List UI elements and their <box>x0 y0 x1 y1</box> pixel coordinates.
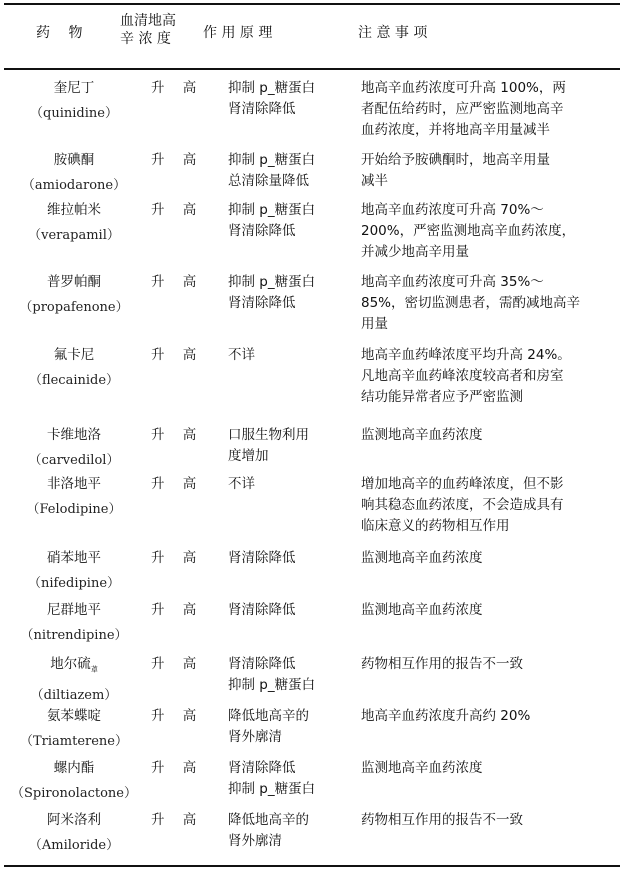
mechanism-cell: 肾清除降低 <box>228 548 353 569</box>
mechanism-line: 总清除量降低 <box>228 171 353 192</box>
drug-name-cn: 尼群地平 <box>0 600 148 621</box>
serum-level-cell: 升 高 <box>151 810 211 831</box>
mechanism-line: 降低地高辛的 <box>228 706 353 727</box>
notes-cell: 地高辛血药浓度可升高 70%～200%，严密监测地高辛血药浓度，并减少地高辛用量 <box>361 200 619 263</box>
mechanism-cell: 不详 <box>228 345 353 366</box>
drug-name-cn: 氨苯蝶啶 <box>0 706 148 727</box>
serum-level-cell: 升 高 <box>151 758 211 779</box>
mechanism-line: 肾清除降低 <box>228 758 353 779</box>
mechanism-line: 肾清除降低 <box>228 99 353 120</box>
mechanism-cell: 抑制 p_糖蛋白肾清除降低 <box>228 272 353 314</box>
notes-cell: 监测地高辛血药浓度 <box>361 548 619 569</box>
top-rule <box>4 3 620 5</box>
mechanism-line: 肾清除降低 <box>228 654 353 675</box>
serum-level-cell: 升 高 <box>151 78 211 99</box>
notes-line: 临床意义的药物相互作用 <box>361 516 619 537</box>
mechanism-line: 抑制 p_糖蛋白 <box>228 150 353 171</box>
notes-cell: 药物相互作用的报告不一致 <box>361 810 619 831</box>
drug-name-cn: 氟卡尼 <box>0 345 148 366</box>
mechanism-line: 抑制 p_糖蛋白 <box>228 78 353 99</box>
mechanism-cell: 抑制 p_糖蛋白肾清除降低 <box>228 78 353 120</box>
serum-level-cell: 升 高 <box>151 345 211 366</box>
mechanism-line: 肾清除降低 <box>228 600 353 621</box>
notes-line: 血药浓度，并将地高辛用量减半 <box>361 120 619 141</box>
drug-name-cn-text: 阿米洛利 <box>47 812 101 828</box>
drug-cell: 胺碘酮（amiodarone） <box>0 150 148 196</box>
serum-level-cell: 升 高 <box>151 600 211 621</box>
serum-level-cell: 升 高 <box>151 425 211 446</box>
mechanism-line: 不详 <box>228 345 353 366</box>
drug-cell: 螺内酯（Spironolactone） <box>0 758 148 804</box>
drug-name-en: （diltiazem） <box>0 685 148 706</box>
notes-cell: 监测地高辛血药浓度 <box>361 425 619 446</box>
notes-line: 减半 <box>361 171 619 192</box>
mechanism-cell: 不详 <box>228 474 353 495</box>
mechanism-cell: 抑制 p_糖蛋白肾清除降低 <box>228 200 353 242</box>
serum-level-cell: 升 高 <box>151 706 211 727</box>
mechanism-line: 抑制 p_糖蛋白 <box>228 779 353 800</box>
drug-name-cn-text: 氟卡尼 <box>54 347 95 363</box>
drug-cell: 非洛地平（Felodipine） <box>0 474 148 520</box>
drug-name-cn-text: 硝苯地平 <box>47 550 101 566</box>
drug-cell: 奎尼丁（quinidine） <box>0 78 148 124</box>
drug-name-en: （nitrendipine） <box>0 625 148 646</box>
mechanism-cell: 肾清除降低 <box>228 600 353 621</box>
header-drug: 药 物 <box>36 22 82 42</box>
drug-name-en: （flecainide） <box>0 370 148 391</box>
drug-name-cn-text: 尼群地平 <box>47 602 101 618</box>
drug-cell: 尼群地平（nitrendipine） <box>0 600 148 646</box>
mechanism-line: 抑制 p_糖蛋白 <box>228 675 353 696</box>
drug-name-cn-text: 螺内酯 <box>54 760 95 776</box>
notes-line: 200%，严密监测地高辛血药浓度， <box>361 221 619 242</box>
notes-line: 地高辛血药浓度可升高 35%～ <box>361 272 619 293</box>
notes-line: 凡地高辛血药峰浓度较高者和房室 <box>361 366 619 387</box>
mechanism-cell: 口服生物利用度增加 <box>228 425 353 467</box>
header-mechanism: 作 用 原 理 <box>203 22 272 42</box>
mechanism-line: 口服生物利用 <box>228 425 353 446</box>
serum-level-cell: 升 高 <box>151 548 211 569</box>
drug-name-cn-subscript: 䓬 <box>91 666 98 674</box>
notes-cell: 地高辛血药浓度升高约 20% <box>361 706 619 727</box>
notes-cell: 开始给予胺碘酮时，地高辛用量减半 <box>361 150 619 192</box>
mechanism-line: 肾清除降低 <box>228 293 353 314</box>
notes-line: 并减少地高辛用量 <box>361 242 619 263</box>
drug-name-cn-text: 非洛地平 <box>47 476 101 492</box>
drug-name-en: （propafenone） <box>0 297 148 318</box>
drug-name-cn-text: 胺碘酮 <box>54 152 95 168</box>
drug-cell: 阿米洛利（Amiloride） <box>0 810 148 856</box>
mechanism-line: 度增加 <box>228 446 353 467</box>
notes-line: 监测地高辛血药浓度 <box>361 425 619 446</box>
mechanism-line: 降低地高辛的 <box>228 810 353 831</box>
mechanism-line: 抑制 p_糖蛋白 <box>228 200 353 221</box>
bottom-rule <box>4 865 620 867</box>
drug-name-cn: 胺碘酮 <box>0 150 148 171</box>
drug-name-cn: 阿米洛利 <box>0 810 148 831</box>
drug-cell: 氨苯蝶啶（Triamterene） <box>0 706 148 752</box>
notes-line: 响其稳态血药浓度，不会造成具有 <box>361 495 619 516</box>
mechanism-cell: 肾清除降低抑制 p_糖蛋白 <box>228 758 353 800</box>
notes-cell: 监测地高辛血药浓度 <box>361 600 619 621</box>
drug-name-cn: 普罗帕酮 <box>0 272 148 293</box>
drug-name-en: （amiodarone） <box>0 175 148 196</box>
notes-cell: 地高辛血药峰浓度平均升高 24%。凡地高辛血药峰浓度较高者和房室结功能异常者应予… <box>361 345 619 408</box>
drug-cell: 卡维地洛（carvedilol） <box>0 425 148 471</box>
drug-name-en: （verapamil） <box>0 225 148 246</box>
notes-cell: 地高辛血药浓度可升高 100%，两者配伍给药时，应严密监测地高辛血药浓度，并将地… <box>361 78 619 141</box>
drug-name-cn: 非洛地平 <box>0 474 148 495</box>
mechanism-cell: 降低地高辛的肾外廓清 <box>228 706 353 748</box>
serum-level-cell: 升 高 <box>151 654 211 675</box>
header-rule <box>4 68 620 70</box>
notes-line: 结功能异常者应予严密监测 <box>361 387 619 408</box>
notes-cell: 地高辛血药浓度可升高 35%～85%，密切监测患者，需酌减地高辛用量 <box>361 272 619 335</box>
drug-name-en: （carvedilol） <box>0 450 148 471</box>
header-level-line1: 血清地高 <box>120 12 176 30</box>
drug-name-en: （Spironolactone） <box>0 783 148 804</box>
notes-line: 药物相互作用的报告不一致 <box>361 654 619 675</box>
notes-cell: 药物相互作用的报告不一致 <box>361 654 619 675</box>
drug-name-cn: 地尔硫䓬 <box>0 654 148 681</box>
notes-line: 用量 <box>361 314 619 335</box>
drug-name-cn-text: 卡维地洛 <box>47 427 101 443</box>
notes-line: 地高辛血药浓度可升高 70%～ <box>361 200 619 221</box>
drug-name-en: （Triamterene） <box>0 731 148 752</box>
notes-cell: 监测地高辛血药浓度 <box>361 758 619 779</box>
notes-line: 地高辛血药峰浓度平均升高 24%。 <box>361 345 619 366</box>
header-notes: 注 意 事 项 <box>358 22 427 42</box>
drug-cell: 氟卡尼（flecainide） <box>0 345 148 391</box>
serum-level-cell: 升 高 <box>151 474 211 495</box>
notes-line: 监测地高辛血药浓度 <box>361 548 619 569</box>
drug-name-cn-text: 奎尼丁 <box>54 80 95 96</box>
notes-line: 者配伍给药时，应严密监测地高辛 <box>361 99 619 120</box>
drug-name-cn: 螺内酯 <box>0 758 148 779</box>
notes-line: 药物相互作用的报告不一致 <box>361 810 619 831</box>
drug-name-cn: 硝苯地平 <box>0 548 148 569</box>
mechanism-line: 抑制 p_糖蛋白 <box>228 272 353 293</box>
mechanism-cell: 肾清除降低抑制 p_糖蛋白 <box>228 654 353 696</box>
notes-line: 85%，密切监测患者，需酌减地高辛 <box>361 293 619 314</box>
notes-line: 监测地高辛血药浓度 <box>361 600 619 621</box>
notes-line: 地高辛血药浓度可升高 100%，两 <box>361 78 619 99</box>
mechanism-line: 不详 <box>228 474 353 495</box>
header-serum-digoxin-level: 血清地高 辛 浓 度 <box>120 12 176 48</box>
notes-line: 开始给予胺碘酮时，地高辛用量 <box>361 150 619 171</box>
drug-name-cn-text: 维拉帕米 <box>47 202 101 218</box>
drug-cell: 维拉帕米（verapamil） <box>0 200 148 246</box>
mechanism-line: 肾清除降低 <box>228 548 353 569</box>
mechanism-cell: 降低地高辛的肾外廓清 <box>228 810 353 852</box>
drug-name-cn: 维拉帕米 <box>0 200 148 221</box>
mechanism-line: 肾清除降低 <box>228 221 353 242</box>
drug-cell: 普罗帕酮（propafenone） <box>0 272 148 318</box>
drug-cell: 地尔硫䓬（diltiazem） <box>0 654 148 706</box>
drug-name-en: （nifedipine） <box>0 573 148 594</box>
drug-name-cn-text: 地尔硫 <box>50 656 91 672</box>
serum-level-cell: 升 高 <box>151 272 211 293</box>
notes-cell: 增加地高辛的血药峰浓度，但不影响其稳态血药浓度，不会造成具有临床意义的药物相互作… <box>361 474 619 537</box>
drug-name-cn-text: 氨苯蝶啶 <box>47 708 101 724</box>
drug-cell: 硝苯地平（nifedipine） <box>0 548 148 594</box>
notes-line: 地高辛血药浓度升高约 20% <box>361 706 619 727</box>
drug-name-en: （Felodipine） <box>0 499 148 520</box>
mechanism-line: 肾外廓清 <box>228 831 353 852</box>
mechanism-line: 肾外廓清 <box>228 727 353 748</box>
drug-name-cn: 卡维地洛 <box>0 425 148 446</box>
drug-name-cn: 奎尼丁 <box>0 78 148 99</box>
drug-name-en: （quinidine） <box>0 103 148 124</box>
mechanism-cell: 抑制 p_糖蛋白总清除量降低 <box>228 150 353 192</box>
serum-level-cell: 升 高 <box>151 150 211 171</box>
notes-line: 监测地高辛血药浓度 <box>361 758 619 779</box>
drug-name-cn-text: 普罗帕酮 <box>47 274 101 290</box>
drug-name-en: （Amiloride） <box>0 835 148 856</box>
header-level-line2: 辛 浓 度 <box>120 30 176 48</box>
notes-line: 增加地高辛的血药峰浓度，但不影 <box>361 474 619 495</box>
serum-level-cell: 升 高 <box>151 200 211 221</box>
